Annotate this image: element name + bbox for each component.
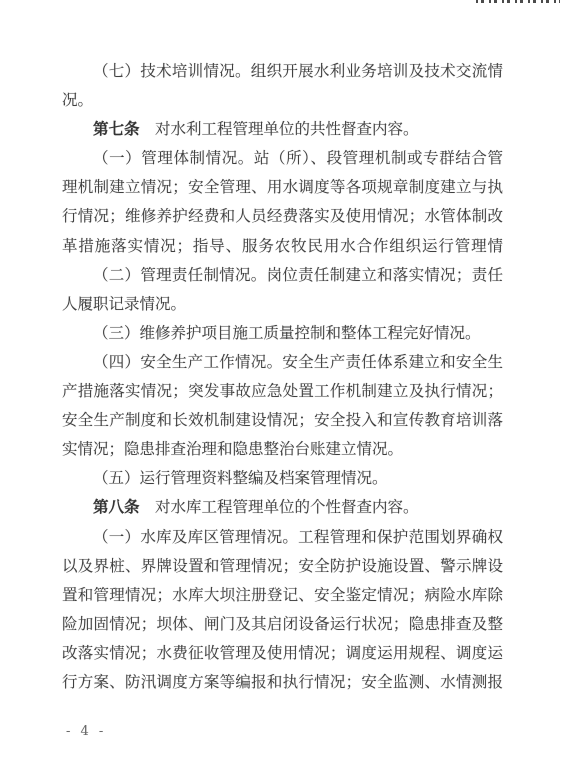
text-line: （一）管理体制情况。站（所）、段管理机制或专群结合管 bbox=[62, 144, 503, 173]
text-line: （五）运行管理资料整编及档案管理情况。 bbox=[62, 464, 503, 493]
text-line: （三）维修养护项目施工质量控制和整体工程完好情况。 bbox=[62, 319, 503, 348]
text-line: 人履职记录情况。 bbox=[62, 290, 503, 319]
text-line: （二）管理责任制情况。岗位责任制建立和落实情况；责任 bbox=[62, 261, 503, 290]
text-line: 置和管理情况；水库大坝注册登记、安全鉴定情况；病险水库除 bbox=[62, 581, 503, 610]
text-line: 改落实情况；水费征收管理及使用情况；调度运用规程、调度运 bbox=[62, 639, 503, 668]
text-line: 险加固情况；坝体、闸门及其启闭设备运行状况；隐患排查及整 bbox=[62, 610, 503, 639]
clause-number-label: 第八条 bbox=[93, 498, 140, 516]
text-line: 第七条 对水利工程管理单位的共性督查内容。 bbox=[62, 115, 503, 144]
text-line: 行情况；维修养护经费和人员经费落实及使用情况；水管体制改 bbox=[62, 202, 503, 231]
text-line: 产措施落实情况；突发事故应急处置工作机制建立及执行情况； bbox=[62, 377, 503, 406]
text-line: （一）水库及库区管理情况。工程管理和保护范围划界确权 bbox=[62, 523, 503, 552]
text-line: 实情况；隐患排查治理和隐患整治台账建立情况。 bbox=[62, 435, 503, 464]
text-line: （四）安全生产工作情况。安全生产责任体系建立和安全生 bbox=[62, 348, 503, 377]
text-line: 况。 bbox=[62, 86, 503, 115]
text-line: 理机制建立情况；安全管理、用水调度等各项规章制度建立与执 bbox=[62, 173, 503, 202]
document-page: （七）技术培训情况。组织开展水利业务培训及技术交流情况。第七条 对水利工程管理单… bbox=[0, 0, 564, 780]
text-line: 行方案、防汛调度方案等编报和执行情况；安全监测、水情测报 bbox=[62, 668, 503, 697]
text-line: 以及界桩、界牌设置和管理情况；安全防护设施设置、警示牌设 bbox=[62, 552, 503, 581]
text-line: 第八条 对水库工程管理单位的个性督查内容。 bbox=[62, 493, 503, 522]
text-line: （七）技术培训情况。组织开展水利业务培训及技术交流情 bbox=[62, 57, 503, 86]
text-block: （七）技术培训情况。组织开展水利业务培训及技术交流情况。第七条 对水利工程管理单… bbox=[62, 57, 503, 697]
clipped-text-artifact bbox=[476, 0, 560, 3]
text-line: 安全生产制度和长效机制建设情况；安全投入和宣传教育培训落 bbox=[62, 406, 503, 435]
page-number: - 4 - bbox=[66, 724, 106, 739]
clause-number-label: 第七条 bbox=[93, 120, 140, 138]
text-line: 革措施落实情况；指导、服务农牧民用水合作组织运行管理情况。 bbox=[62, 232, 503, 261]
